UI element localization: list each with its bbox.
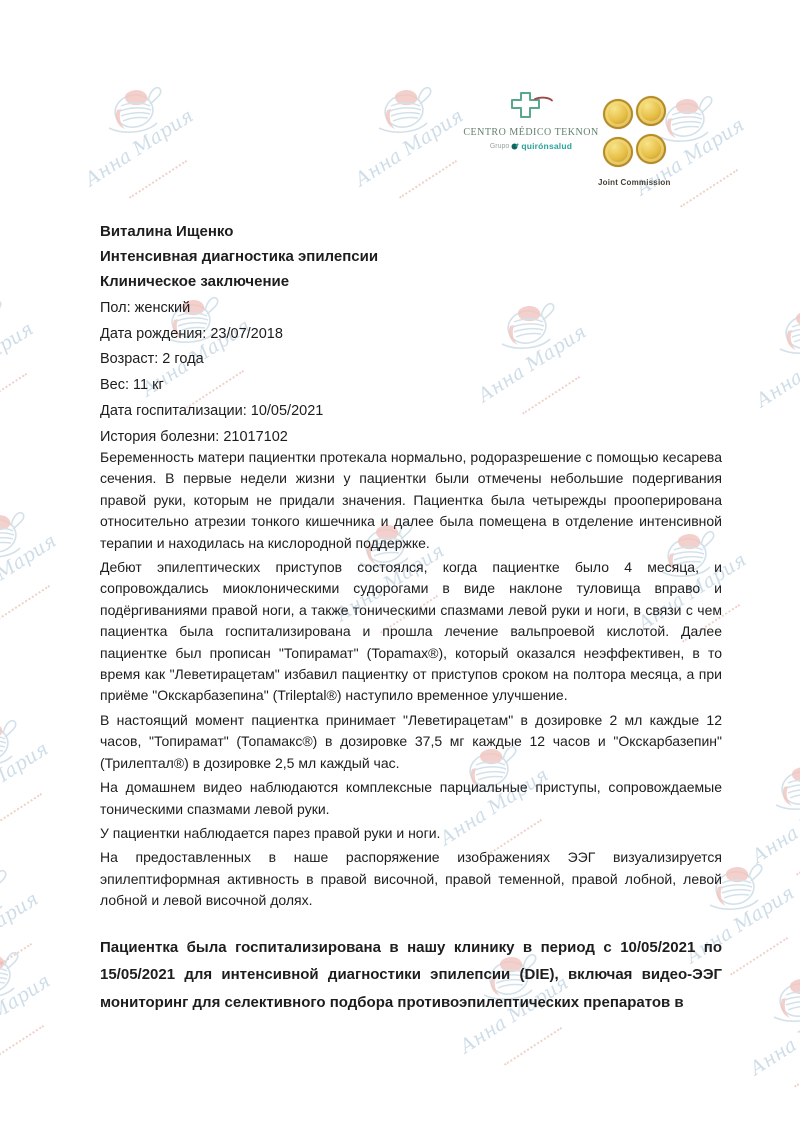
clinic-group-brand: quirónsalud: [521, 141, 572, 151]
document-title-block: Виталина ИщенкоИнтенсивная диагностика э…: [100, 219, 722, 294]
quironsalud-icon: [511, 142, 519, 150]
joint-commission-label: Joint Commission: [598, 178, 670, 187]
watermark-text: Анна Мария: [752, 326, 800, 412]
body-paragraph: На предоставленных в наше распоряжение и…: [100, 847, 722, 911]
document-title-line: Виталина Ищенко: [100, 219, 722, 244]
body-paragraphs: Беременность матери пациентки протекала …: [100, 447, 722, 912]
anna-maria-logo-icon: [0, 948, 22, 1000]
anna-maria-logo-icon: [0, 508, 28, 560]
clinic-group-line: Grupo quirónsalud: [461, 141, 601, 151]
anna-maria-logo-icon: [377, 83, 435, 135]
body-paragraph: На домашнем видео наблюдаются комплексны…: [100, 777, 722, 820]
clinic-group-prefix: Grupo: [490, 143, 509, 150]
patient-info-block: Пол: женскийДата рождения: 23/07/2018Воз…: [100, 296, 722, 450]
patient-info-line: Возраст: 2 года: [100, 347, 722, 373]
watermark-tagline-line: [504, 1027, 562, 1066]
watermark-tagline-line: [399, 160, 457, 199]
document-title-line: Интенсивная диагностика эпилепсии: [100, 244, 722, 269]
body-paragraph: Беременность матери пациентки протекала …: [100, 447, 722, 554]
watermark-text: Анна Мария: [0, 530, 60, 616]
watermark-anna-maria: Анна Мария: [0, 866, 80, 1001]
watermark-tagline-line: [730, 937, 788, 976]
gold-seal-icon: [636, 96, 666, 126]
watermark-anna-maria: Анна Мария: [0, 508, 98, 643]
anna-maria-logo-icon: [778, 304, 800, 356]
patient-info-line: Дата рождения: 23/07/2018: [100, 322, 722, 348]
watermark-text: Анна Мария: [351, 105, 467, 191]
anna-maria-logo-icon: [774, 760, 800, 812]
anna-maria-logo-icon: [772, 972, 800, 1024]
watermark-text: Анна Мария: [0, 970, 54, 1056]
watermark-tagline-line: [0, 373, 27, 412]
teknon-cross-icon: [508, 90, 554, 120]
watermark-anna-maria: Анна Мария: [85, 83, 235, 218]
body-paragraph: У пациентки наблюдается парез правой рук…: [100, 823, 722, 844]
watermark-anna-maria: Анна Мария: [0, 296, 75, 431]
watermark-text: Анна Мария: [746, 994, 800, 1080]
anna-maria-logo-icon: [107, 83, 165, 135]
watermark-tagline-line: [794, 1049, 800, 1088]
watermark-anna-maria: Анна Мария: [750, 972, 800, 1107]
patient-info-line: Пол: женский: [100, 296, 722, 322]
watermark-anna-maria: Анна Мария: [0, 948, 92, 1083]
gold-seal-icon: [636, 134, 666, 164]
watermark-anna-maria: Анна Мария: [752, 760, 800, 895]
watermark-text: Анна Мария: [0, 318, 37, 404]
watermark-tagline-line: [129, 160, 187, 199]
anna-maria-logo-icon: [0, 716, 20, 768]
clinical-report-body: Беременность матери пациентки протекала …: [100, 447, 722, 1016]
gold-seals: [598, 99, 670, 167]
gold-seal-icon: [603, 137, 633, 167]
clinic-name: CENTRO MÉDICO TEKNON: [461, 127, 601, 138]
body-paragraph: В настоящий момент пациентка принимает "…: [100, 710, 722, 774]
watermark-tagline-line: [680, 169, 738, 208]
closing-paragraph: Пациентка была госпитализирована в нашу …: [100, 934, 722, 1017]
watermark-text: Анна Мария: [0, 738, 52, 824]
document-title-line: Клиническое заключение: [100, 269, 722, 294]
watermark-text: Анна Мария: [81, 105, 197, 191]
watermark-text: Анна Мария: [0, 888, 42, 974]
watermark-text: Анна Мария: [748, 782, 800, 868]
gold-seal-icon: [603, 99, 633, 129]
anna-maria-logo-icon: [0, 866, 10, 918]
patient-info-line: Дата госпитализации: 10/05/2021: [100, 399, 722, 425]
patient-info-line: Вес: 11 кг: [100, 373, 722, 399]
clinic-logo: CENTRO MÉDICO TEKNON Grupo quirónsalud: [461, 90, 601, 151]
joint-commission-accreditation: Joint Commission: [598, 99, 670, 187]
watermark-tagline-line: [0, 1025, 44, 1064]
watermark-tagline-line: [796, 837, 800, 876]
watermark-tagline-line: [0, 793, 42, 832]
watermark-tagline-line: [0, 585, 50, 624]
anna-maria-logo-icon: [0, 296, 5, 348]
watermark-anna-maria: Анна Мария: [0, 716, 90, 851]
watermark-anna-maria: Анна Мария: [756, 304, 800, 439]
watermark-tagline-line: [0, 943, 32, 982]
body-paragraph: Дебют эпилептических приступов состоялся…: [100, 557, 722, 707]
document-page: Анна Мария Анна Мария: [0, 0, 800, 1132]
